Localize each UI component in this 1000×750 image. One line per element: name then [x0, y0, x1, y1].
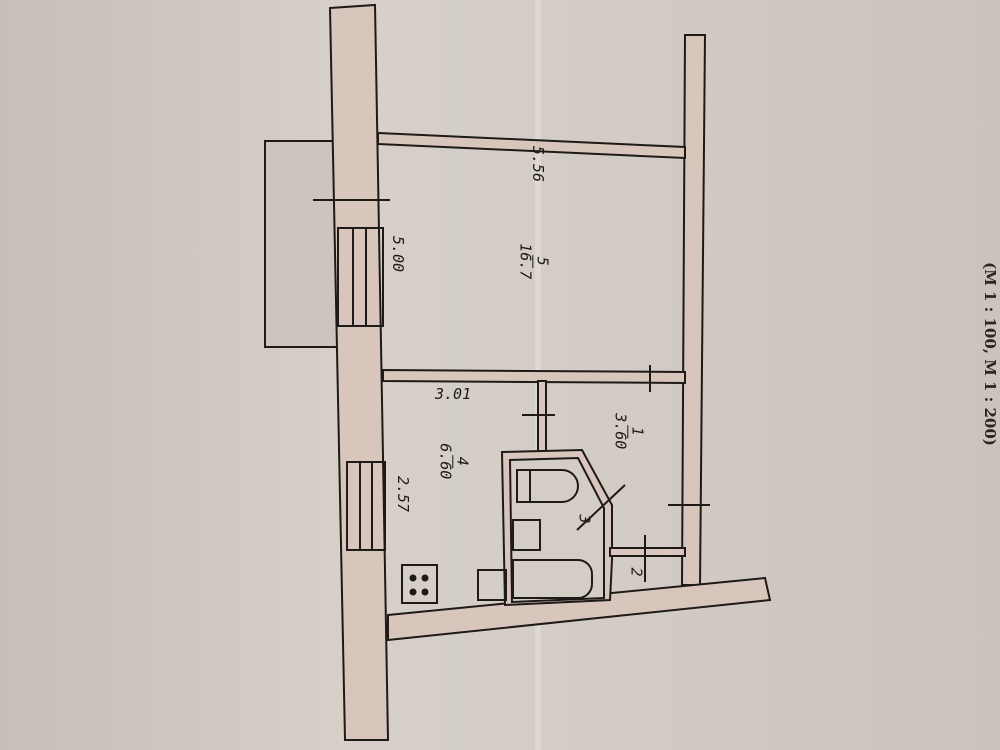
- room-number: 1: [628, 425, 645, 438]
- room-2-label: 2: [628, 567, 646, 576]
- room-3-label: 3: [576, 514, 594, 523]
- kitchen-sink: [478, 570, 506, 600]
- room-area: 6.60: [437, 443, 453, 479]
- stove: [402, 565, 437, 603]
- partition-closet: [610, 548, 685, 556]
- balcony: [265, 141, 337, 347]
- dim-living-width: 5.00: [389, 236, 407, 272]
- dim-kitchen-width: 2.57: [394, 476, 412, 512]
- room-number: 5: [533, 255, 550, 268]
- partition-kitchen-hall: [538, 381, 546, 453]
- room-number: 4: [453, 455, 470, 468]
- room-5-label: 5 16.7: [517, 243, 550, 279]
- floor-plan-drawing: [0, 0, 1000, 750]
- room-area: 16.7: [517, 243, 533, 279]
- exterior-wall-left: [330, 5, 388, 740]
- room-4-label: 4 6.60: [437, 443, 470, 479]
- exterior-wall-right: [682, 35, 705, 585]
- room-1-label: 1 3.60: [612, 413, 645, 449]
- scale-note: (М 1 : 100, М 1 : 200): [981, 244, 999, 464]
- dim-living-length: 5.56: [529, 146, 547, 182]
- dim-kitchen-length: 3.01: [435, 385, 471, 403]
- partition-middle: [383, 370, 685, 383]
- room-area: 3.60: [612, 413, 628, 449]
